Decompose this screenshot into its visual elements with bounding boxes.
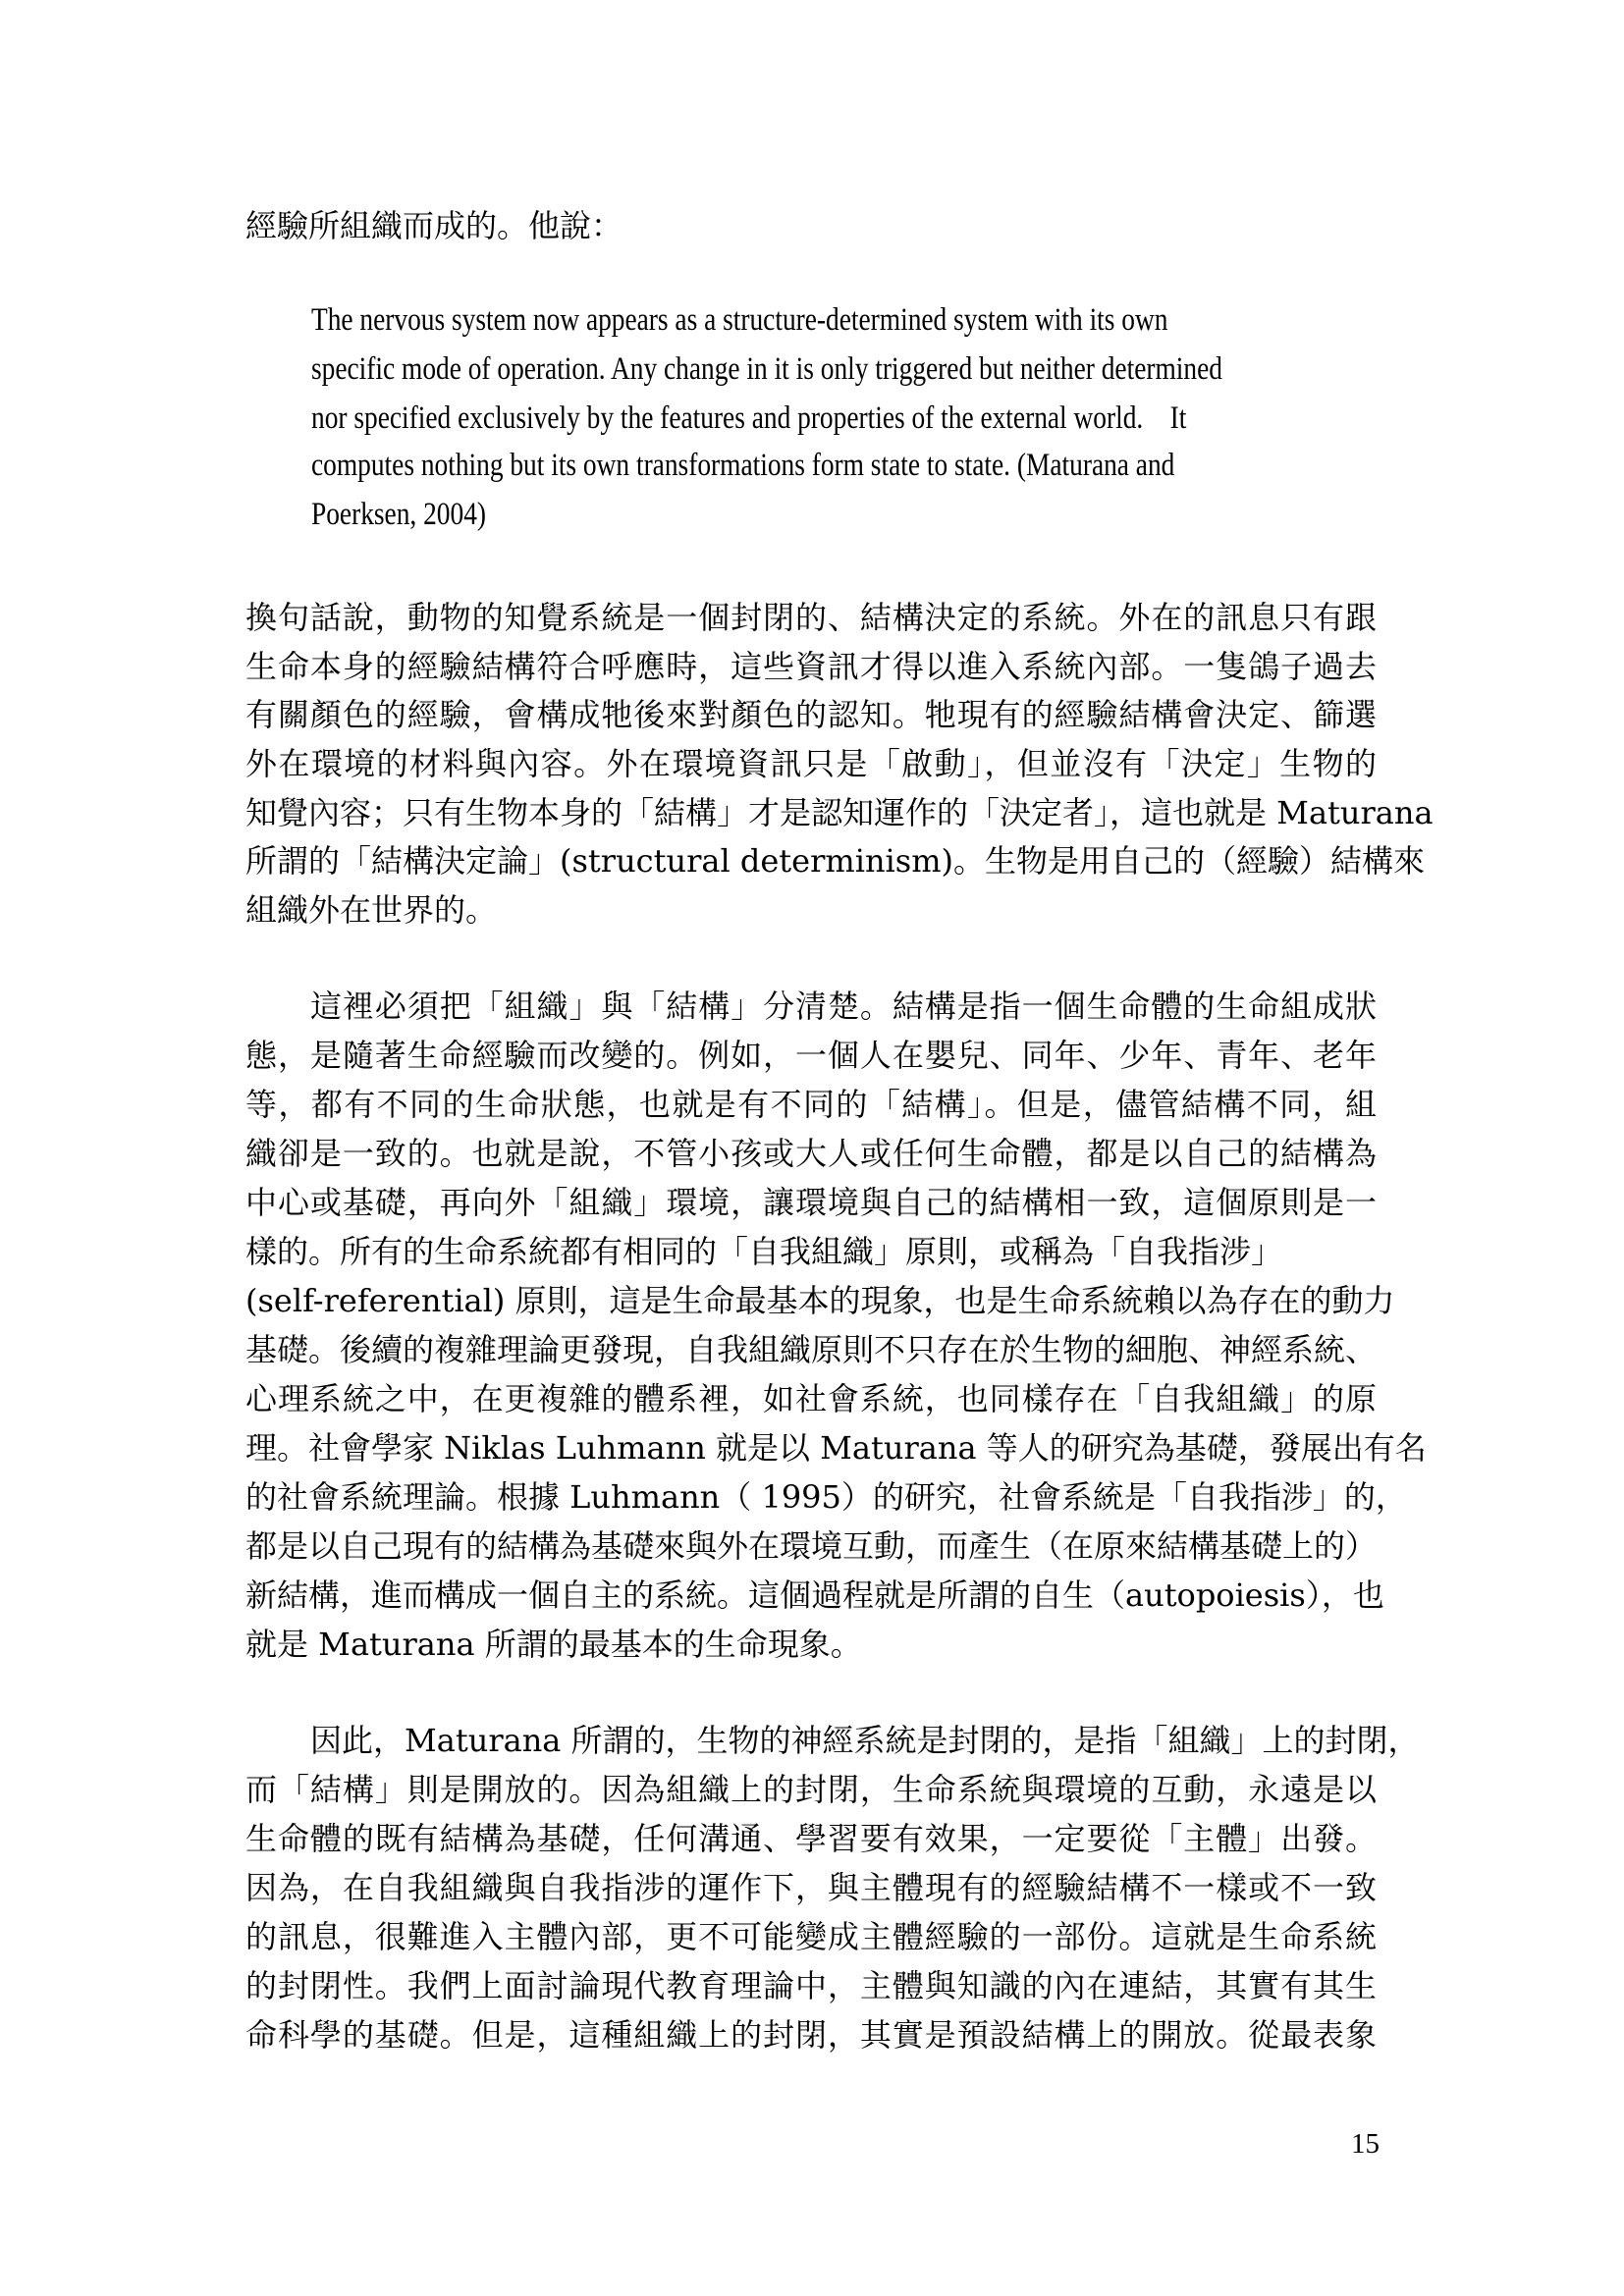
paragraph-line: 而「結構」則是開放的。因為組織上的封閉，生命系統與環境的互動，永遠是以	[245, 1765, 1377, 1814]
paragraph-line: 因此，Maturana 所謂的，生物的神經系統是封閉的，是指「組織」上的封閉，	[310, 1716, 1377, 1765]
paragraph-line: 知覺內容；只有生物本身的「結構」才是認知運作的「決定者」，這也就是 Matura…	[245, 788, 1377, 837]
page-number: 15	[1351, 2126, 1380, 2162]
paragraph-line: 織卻是一致的。也就是說，不管小孩或大人或任何生命體，都是以自己的結構為	[245, 1129, 1377, 1178]
paragraph-line: 中心或基礎，再向外「組織」環境，讓環境與自己的結構相一致，這個原則是一	[245, 1178, 1377, 1227]
paragraph-line: 命科學的基礎。但是，這種組織上的封閉，其實是預設結構上的開放。從最表象	[245, 2010, 1377, 2059]
paragraph-line: 理。社會學家 Niklas Luhmann 就是以 Maturana 等人的研究…	[245, 1423, 1377, 1472]
intro-line: 經驗所組織而成的。他說：	[245, 201, 1377, 250]
paragraph-line: 心理系統之中，在更複雜的體系裡，如社會系統，也同樣存在「自我組織」的原	[245, 1374, 1377, 1423]
document-page: 經驗所組織而成的。他說： The nervous system now appe…	[0, 0, 1624, 2296]
paragraph-line: 基礎。後續的複雜理論更發現，自我組織原則不只存在於生物的細胞、神經系統、	[245, 1325, 1377, 1374]
paragraph-line: 這裡必須把「組織」與「結構」分清楚。結構是指一個生命體的生命組成狀	[310, 982, 1377, 1031]
quote-line: computes nothing but its own transformat…	[311, 441, 1174, 490]
paragraph-line: 的訊息，很難進入主體內部，更不可能變成主體經驗的一部份。這就是生命系統	[245, 1912, 1377, 1961]
quote-line: The nervous system now appears as a stru…	[311, 295, 1167, 345]
paragraph-line: 的社會系統理論。根據 Luhmann（ 1995）的研究，社會系統是「自我指涉」…	[245, 1472, 1377, 1522]
quote-citation: Poerksen, 2004)	[311, 490, 486, 539]
paragraph-line: 組織外在世界的。	[245, 885, 1377, 934]
paragraph-line: 樣的。所有的生命系統都有相同的「自我組織」原則，或稱為「自我指涉」	[245, 1227, 1377, 1276]
paragraph-line: 的封閉性。我們上面討論現代教育理論中，主體與知識的內在連結，其實有其生	[245, 1961, 1377, 2010]
paragraph-line: 有關顏色的經驗，會構成牠後來對顏色的認知。牠現有的經驗結構會決定、篩選	[245, 690, 1377, 739]
paragraph-line: 因為，在自我組織與自我指涉的運作下，與主體現有的經驗結構不一樣或不一致	[245, 1863, 1377, 1912]
paragraph-line: 等，都有不同的生命狀態，也就是有不同的「結構」。但是，儘管結構不同，組	[245, 1080, 1377, 1129]
paragraph-line: 所謂的「結構決定論」(structural determinism)。生物是用自…	[245, 836, 1377, 885]
paragraph-line: (self-referential) 原則，這是生命最基本的現象，也是生命系統賴…	[245, 1276, 1377, 1325]
paragraph-line: 生命本身的經驗結構符合呼應時，這些資訊才得以進入系統內部。一隻鴿子過去	[245, 642, 1377, 691]
paragraph-line: 生命體的既有結構為基礎，任何溝通、學習要有效果，一定要從「主體」出發。	[245, 1814, 1377, 1863]
paragraph-line: 換句話說，動物的知覺系統是一個封閉的、結構決定的系統。外在的訊息只有跟	[245, 593, 1377, 642]
quote-line: specific mode of operation. Any change i…	[311, 345, 1222, 394]
quote-line: nor specified exclusively by the feature…	[311, 394, 1186, 443]
paragraph-line: 態，是隨著生命經驗而改變的。例如，一個人在嬰兒、同年、少年、青年、老年	[245, 1031, 1377, 1080]
paragraph-line: 新結構，進而構成一個自主的系統。這個過程就是所謂的自生（autopoiesis）…	[245, 1571, 1377, 1620]
paragraph-line: 外在環境的材料與內容。外在環境資訊只是「啟動」，但並沒有「決定」生物的	[245, 739, 1377, 788]
paragraph-line: 就是 Maturana 所謂的最基本的生命現象。	[245, 1620, 1377, 1669]
paragraph-line: 都是以自己現有的結構為基礎來與外在環境互動，而產生（在原來結構基礎上的）	[245, 1522, 1377, 1571]
